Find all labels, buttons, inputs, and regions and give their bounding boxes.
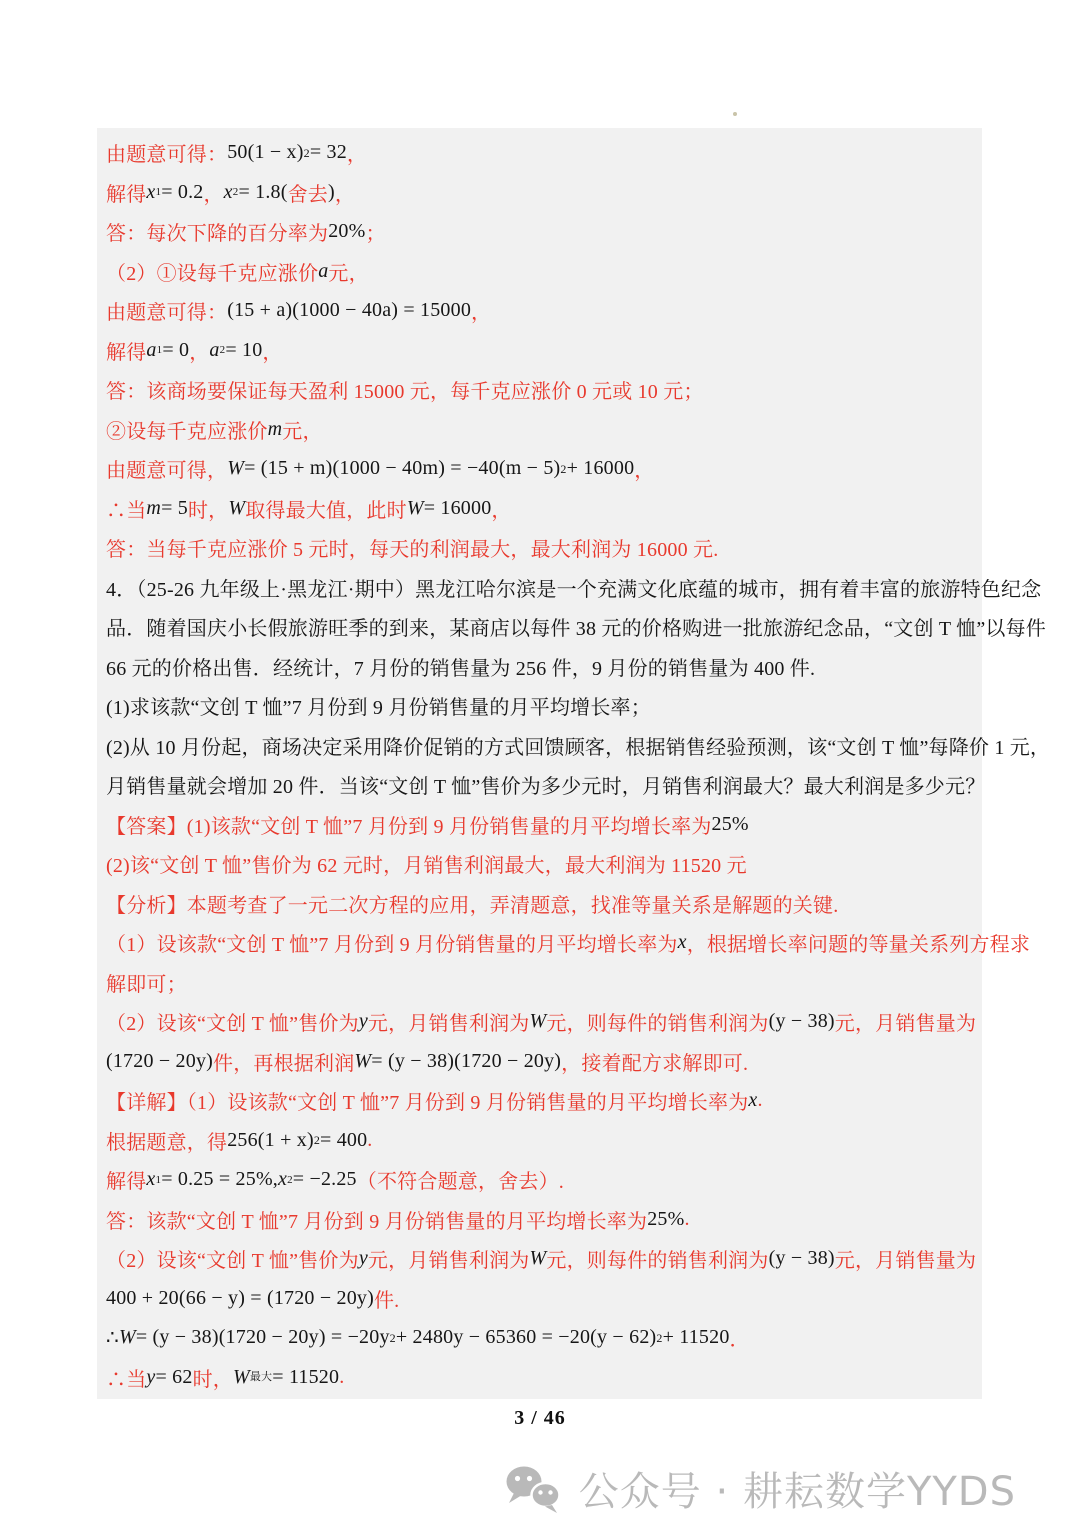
text-line: (2)从 10 月份起，商场决定采用降价促销的方式回馈顾客，根据销售经验预测，该… (106, 726, 974, 766)
math-expression: x (146, 181, 155, 204)
solution-text: ， (347, 138, 367, 167)
solution-text: 解得 (106, 1165, 146, 1194)
math-expression: = (15 + m)(1000 − 40m) = −40(m − 5) (244, 457, 560, 480)
page-number: 3 / 46 (0, 1407, 1080, 1430)
math-expression: = −2.25 (293, 1168, 357, 1191)
math-expression: x (224, 181, 233, 204)
math-expression: = 0 (162, 339, 189, 362)
solution-text: ， (335, 178, 355, 207)
solution-text: ， (471, 296, 491, 325)
text-line: (2)该“文创 T 恤”售价为 62 元时，月销售利润最大，最大利润为 1152… (106, 844, 974, 884)
text-line: 解得 a1 = 0， a2 = 10， (106, 331, 974, 371)
solution-text: 根据题意，得 (106, 1126, 227, 1155)
solution-text: 元，则每件的销售利润为 (546, 1244, 768, 1273)
math-expression: W (354, 1050, 371, 1073)
solution-text: . (758, 1089, 763, 1112)
math-expression: + 11520 (663, 1326, 730, 1349)
solution-text: ②设每千克应涨价 (106, 415, 268, 444)
math-expression: = 1.8( (238, 181, 287, 204)
math-expression: = 400 (320, 1129, 367, 1152)
solution-text: ，根据增长率问题的等量关系列方程求 (687, 928, 1030, 957)
math-expression: m (268, 418, 283, 441)
wechat-icon (501, 1464, 565, 1514)
text-line: 月销售量就会增加 20 件．当该“文创 T 恤”售价为多少元时，月销售利润最大？… (106, 765, 974, 805)
math-expression: = 10 (225, 339, 262, 362)
text-line: 由题意可得：50(1 − x)2 = 32 ， (106, 133, 974, 173)
math-expression: = 32 (310, 141, 347, 164)
solution-text: （2）设该“文创 T 恤”售价为 (106, 1244, 359, 1273)
text-line: 根据题意，得 256(1 + x)2 = 400 . (106, 1121, 974, 1161)
math-expression: (y − 38) (769, 1010, 835, 1033)
text-line: 由题意可得：(15 + a)(1000 − 40a) = 15000 ， (106, 291, 974, 331)
document-content-panel: 由题意可得：50(1 − x)2 = 32 ，解得 x1 = 0.2， x2 =… (97, 128, 982, 1399)
solution-text: 时， (193, 1363, 233, 1392)
math-expression: (15 + a)(1000 − 40a) = 15000 (227, 299, 471, 322)
solution-text: （2）①设每千克应涨价 (106, 257, 318, 286)
solution-text: 件，再根据利润 (213, 1047, 354, 1076)
solution-text: （不符合题意，舍去）. (357, 1165, 564, 1194)
math-expression: a (146, 339, 156, 362)
math-expression: x (678, 931, 687, 954)
math-expression: 400 + 20(66 − y) = (1720 − 20y) (106, 1287, 374, 1310)
solution-text: ∴当 (106, 1363, 146, 1392)
math-expression: 品．随着国庆小长假旅游旺季的到来，某商店以每件 38 元的价格购进一批旅游纪念品… (106, 612, 1046, 641)
math-expression: W (119, 1326, 136, 1349)
solution-text: 答：每次下降的百分率为 (106, 217, 328, 246)
math-expression: W (227, 457, 244, 480)
math-expression: x (748, 1089, 757, 1112)
solution-text: 由题意可得： (106, 296, 227, 325)
solution-text: 舍去 (288, 178, 328, 207)
text-line: ∴W = (y − 38)(1720 − 20y) = −20y2 + 2480… (106, 1318, 974, 1358)
math-expression: 20% (328, 220, 365, 243)
math-expression: = 16000 (424, 497, 492, 520)
solution-text: 元，月销售量为 (835, 1244, 976, 1273)
text-line: ∴当 m = 5 时，W 取得最大值，此时 W = 16000， (106, 489, 974, 529)
solution-text: ， (491, 494, 511, 523)
text-line: （2）设该“文创 T 恤”售价为y元，月销售利润为W元，则每件的销售利润为(y … (106, 1002, 974, 1042)
text-line: 答：该商场要保证每天盈利 15000 元，每千克应涨价 0 元或 10 元； (106, 370, 974, 410)
solution-text: 答：该款“文创 T 恤”7 月份到 9 月份销售量的月平均增长率为 (106, 1205, 647, 1234)
solution-text: ， (262, 336, 282, 365)
solution-text: 取得最大值，此时 (245, 494, 407, 523)
solution-text: 元， (282, 415, 322, 444)
text-line: ∴当 y = 62 时， W最大 = 11520 . (106, 1358, 974, 1398)
solution-text: 元，月销售量为 (835, 1007, 976, 1036)
math-expression: 月销售量就会增加 20 件．当该“文创 T 恤”售价为多少元时，月销售利润最大？… (106, 770, 985, 799)
solution-text: 答：该商场要保证每天盈利 15000 元，每千克应涨价 0 元或 10 元； (106, 375, 704, 404)
math-expression: W (228, 497, 245, 520)
solution-text: . (367, 1129, 372, 1152)
math-expression: (1)求该款“文创 T 恤”7 月份到 9 月份销售量的月平均增长率； (106, 691, 651, 720)
solution-text: 元，月销售利润为 (368, 1244, 530, 1273)
math-expression: a (209, 339, 219, 362)
solution-text: 解得 (106, 336, 146, 365)
math-expression: = 0.25 = 25%, (161, 1168, 278, 1191)
solution-text: (2)该“文创 T 恤”售价为 62 元时，月销售利润最大，最大利润为 1152… (106, 849, 747, 878)
text-line: (1)求该款“文创 T 恤”7 月份到 9 月份销售量的月平均增长率； (106, 686, 974, 726)
text-line: 66 元的价格出售．经统计，7 月份的销售量为 256 件，9 月份的销售量为 … (106, 647, 974, 687)
text-line: （2）设该“文创 T 恤”售价为y元，月销售利润为W元，则每件的销售利润为(y … (106, 1239, 974, 1279)
math-expression: ∴ (106, 1325, 119, 1350)
text-line: 【分析】本题考查了一元二次方程的应用，弄清题意，找准等量关系是解题的关键. (106, 884, 974, 924)
math-expression: m (146, 497, 161, 520)
solution-text: 元，则每件的销售利润为 (546, 1007, 768, 1036)
content-lines: 由题意可得：50(1 − x)2 = 32 ，解得 x1 = 0.2， x2 =… (106, 133, 974, 1397)
math-expression: ) (328, 181, 335, 204)
math-expression: 66 元的价格出售．经统计，7 月份的销售量为 256 件，9 月份的销售量为 … (106, 652, 815, 681)
solution-text: 解得 (106, 178, 146, 207)
math-expression: (1720 − 20y) (106, 1050, 213, 1073)
solution-text: ， (203, 178, 223, 207)
text-line: （2）①设每千克应涨价 a 元， (106, 252, 974, 292)
solution-text: ，接着配方求解即可. (561, 1047, 748, 1076)
math-expression: y (359, 1010, 368, 1033)
solution-text: 件. (374, 1284, 399, 1313)
footer-brand-text: 公众号 · 耕耘数学YYDS (579, 1460, 1016, 1517)
math-expression: 25% (647, 1208, 684, 1231)
math-expression: x (146, 1168, 155, 1191)
text-line: 解即可； (106, 963, 974, 1003)
solution-text: 元， (328, 257, 368, 286)
text-line: (1720 − 20y)件，再根据利润W = (y − 38)(1720 − 2… (106, 1042, 974, 1082)
solution-text: 【详解】（1）设该款“文创 T 恤”7 月份到 9 月份销售量的月平均增长率为 (106, 1086, 748, 1115)
text-line: 由题意可得， W = (15 + m)(1000 − 40m) = −40(m … (106, 449, 974, 489)
solution-text: . (684, 1208, 689, 1231)
math-expression: x (278, 1168, 287, 1191)
math-expression: W (407, 497, 424, 520)
math-expression: W (530, 1247, 547, 1270)
text-line: 400 + 20(66 − y) = (1720 − 20y) 件. (106, 1279, 974, 1319)
solution-text: 由题意可得， (106, 454, 227, 483)
text-line: 解得 x1 = 0.2， x2 = 1.8(舍去)， (106, 173, 974, 213)
math-expression: = 0.2 (161, 181, 203, 204)
math-expression: + 16000 (567, 457, 635, 480)
solution-text: ， (189, 336, 209, 365)
math-expression: 256(1 + x) (227, 1129, 314, 1152)
text-line: （1）设该款“文创 T 恤”7 月份到 9 月份销售量的月平均增长率为x，根据增… (106, 923, 974, 963)
math-expression: = (y − 38)(1720 − 20y) (371, 1050, 561, 1073)
scan-artifact-dot (733, 112, 737, 116)
math-expression: W (233, 1366, 250, 1389)
math-expression: 4．（25-26 九年级上·黑龙江·期中）黑龙江哈尔滨是一个充满文化底蕴的城市，… (106, 573, 1041, 602)
math-expression: y (359, 1247, 368, 1270)
text-line: 4．（25-26 九年级上·黑龙江·期中）黑龙江哈尔滨是一个充满文化底蕴的城市，… (106, 568, 974, 608)
solution-text: ． (730, 1323, 750, 1352)
solution-text: 元，月销售利润为 (368, 1007, 530, 1036)
solution-text: 由题意可得： (106, 138, 227, 167)
math-expression: W (530, 1010, 547, 1033)
solution-text: （1）设该款“文创 T 恤”7 月份到 9 月份销售量的月平均增长率为 (106, 928, 678, 957)
math-expression: (2)从 10 月份起，商场决定采用降价促销的方式回馈顾客，根据销售经验预测，该… (106, 731, 1050, 760)
math-expression: = (y − 38)(1720 − 20y) = −20y (136, 1326, 390, 1349)
text-line: 答：每次下降的百分率为20%； (106, 212, 974, 252)
text-line: ②设每千克应涨价 m 元， (106, 410, 974, 450)
math-expression: = 11520 (272, 1366, 339, 1389)
solution-text: ， (634, 454, 654, 483)
math-expression: 50(1 − x) (227, 141, 303, 164)
text-line: 答：该款“文创 T 恤”7 月份到 9 月份销售量的月平均增长率为25% . (106, 1200, 974, 1240)
solution-text: 答：当每千克应涨价 5 元时，每天的利润最大，最大利润为 16000 元. (106, 533, 718, 562)
solution-text: 时， (188, 494, 228, 523)
solution-text: ∴当 (106, 494, 146, 523)
text-line: 【答案】(1)该款“文创 T 恤”7 月份到 9 月份销售量的月平均增长率为25… (106, 805, 974, 845)
footer-brand: 公众号 · 耕耘数学YYDS (501, 1460, 1016, 1517)
math-expression: y (146, 1366, 155, 1389)
solution-text: ； (365, 217, 385, 246)
text-line: 解得 x1 = 0.25 = 25%,x2 = −2.25 （不符合题意，舍去）… (106, 1160, 974, 1200)
text-line: 品．随着国庆小长假旅游旺季的到来，某商店以每件 38 元的价格购进一批旅游纪念品… (106, 607, 974, 647)
math-expression: (y − 38) (769, 1247, 835, 1270)
math-expression: 25% (712, 813, 749, 836)
solution-text: 【答案】(1)该款“文创 T 恤”7 月份到 9 月份销售量的月平均增长率为 (106, 810, 712, 839)
text-line: 【详解】（1）设该款“文创 T 恤”7 月份到 9 月份销售量的月平均增长率为x… (106, 1081, 974, 1121)
math-expression: a (318, 260, 328, 283)
solution-text: 【分析】本题考查了一元二次方程的应用，弄清题意，找准等量关系是解题的关键. (106, 889, 838, 918)
solution-text: 解即可； (106, 968, 187, 997)
text-line: 答：当每千克应涨价 5 元时，每天的利润最大，最大利润为 16000 元. (106, 528, 974, 568)
math-expression: = 62 (155, 1366, 192, 1389)
math-expression: = 5 (161, 497, 188, 520)
math-expression: + 2480y − 65360 = −20(y − 62) (396, 1326, 657, 1349)
solution-text: . (339, 1366, 344, 1389)
solution-text: （2）设该“文创 T 恤”售价为 (106, 1007, 359, 1036)
